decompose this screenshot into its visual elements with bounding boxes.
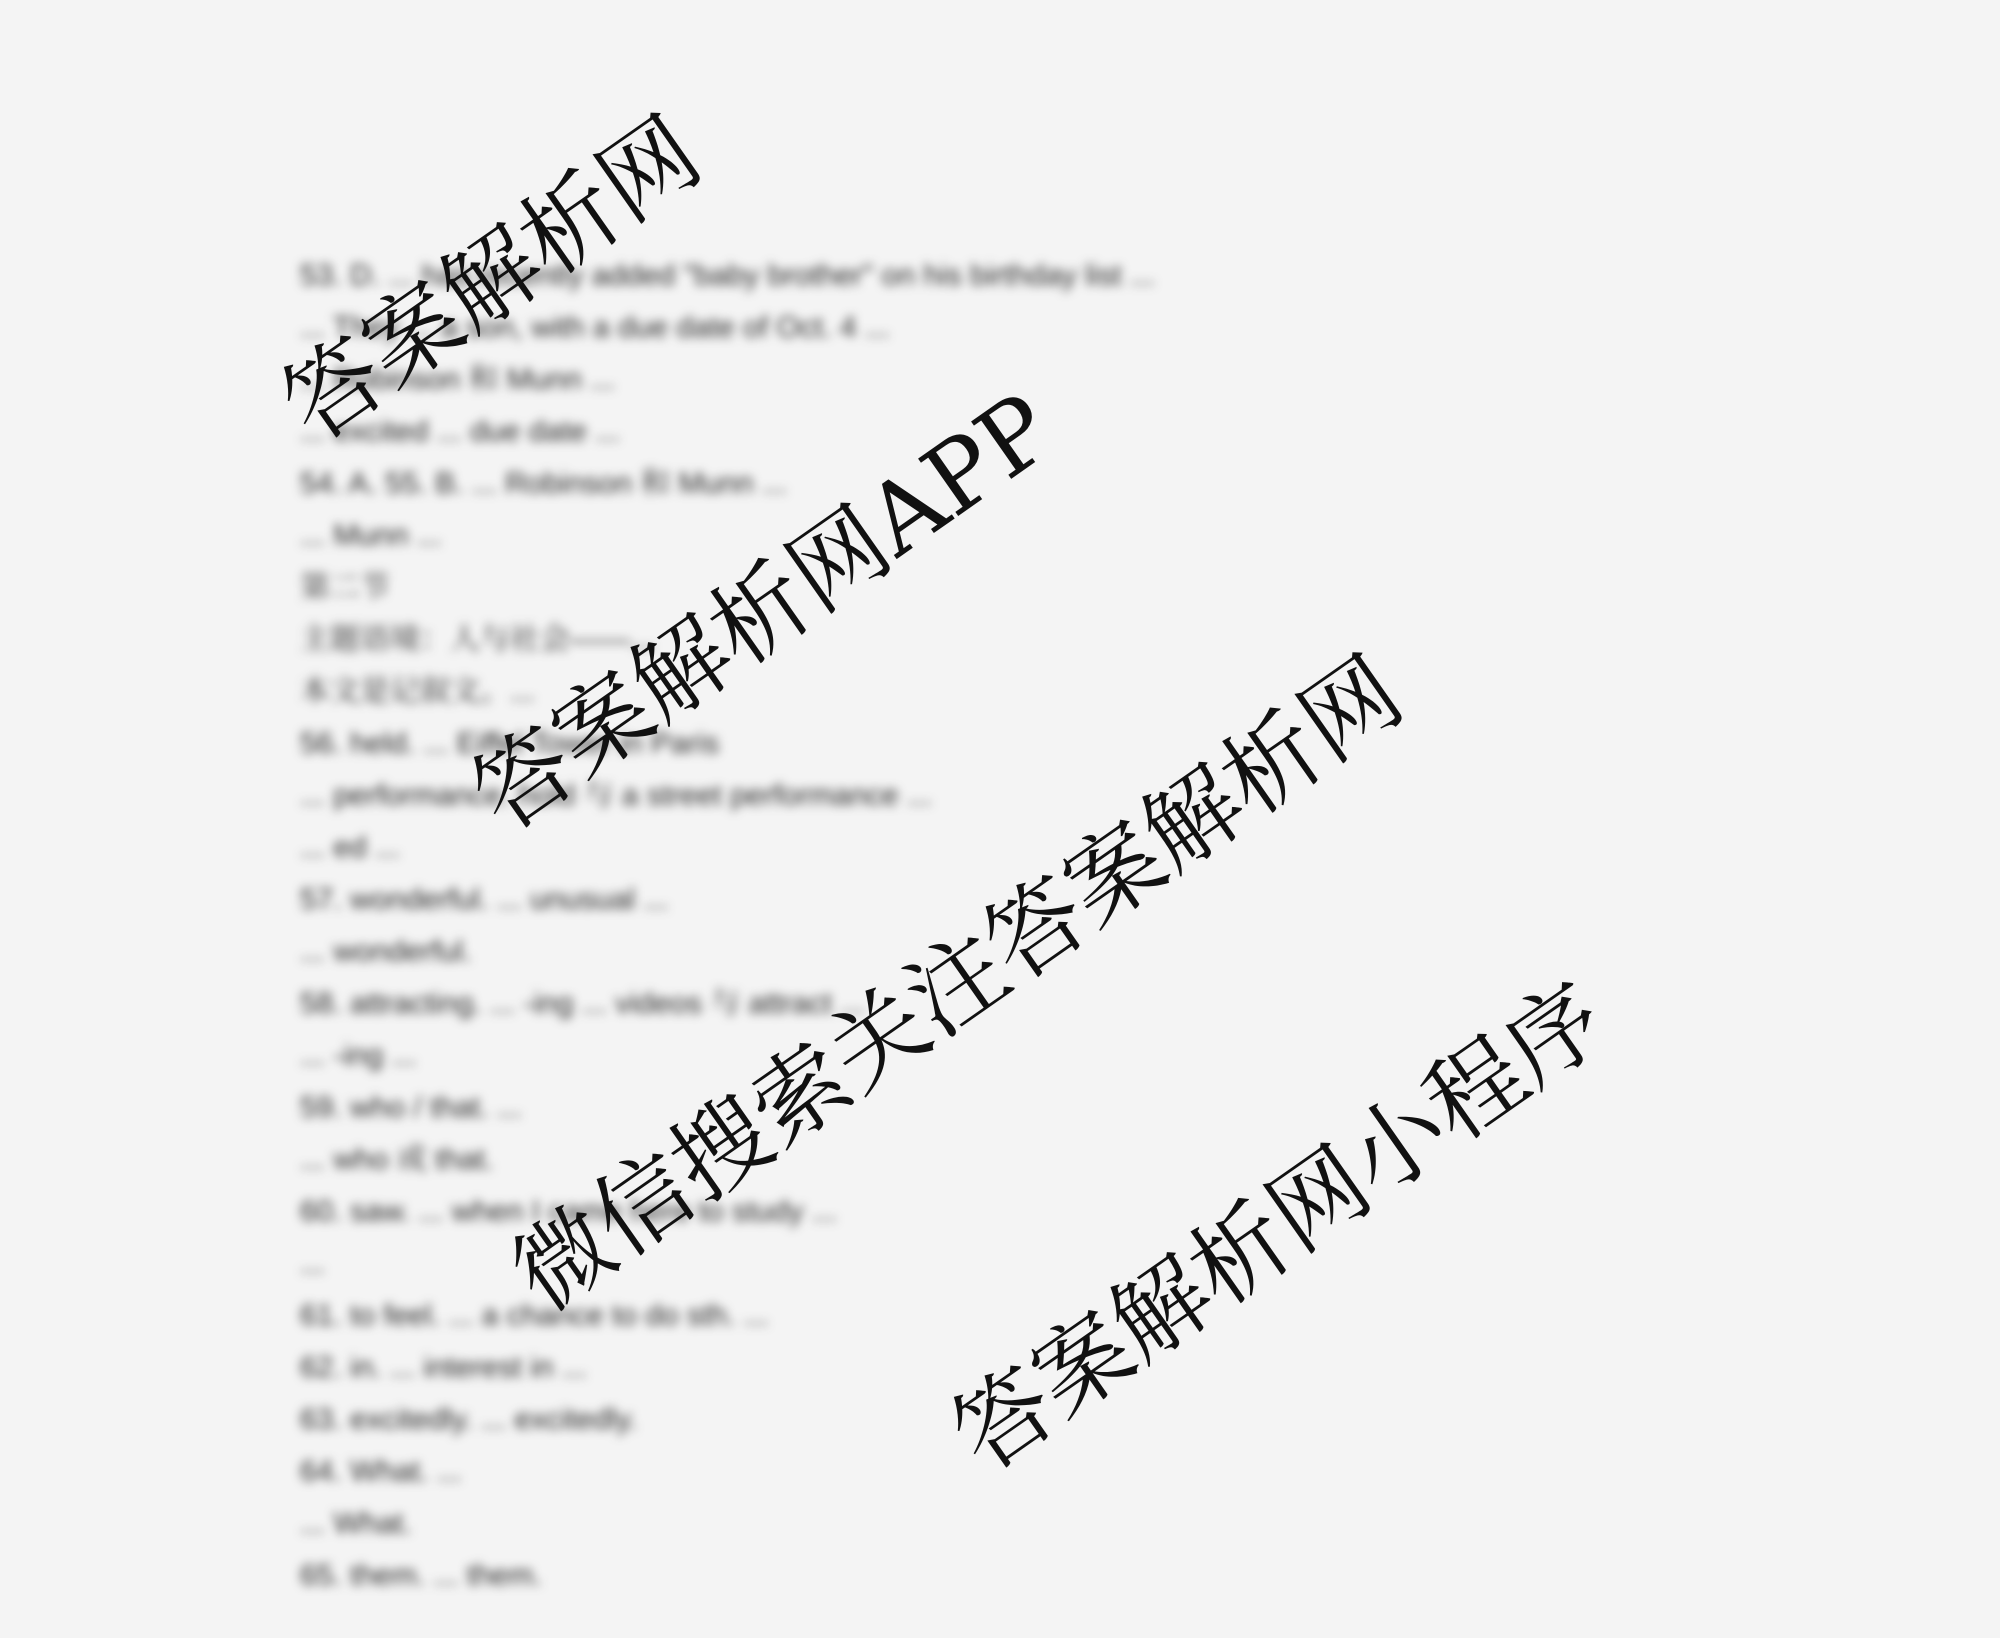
text-line: 65. them. ... them. [300,1550,1700,1602]
text-line: 主题语境：人与社会——... [300,614,1700,666]
section-heading: 第二节 [300,562,1700,614]
text-line: ... What. [300,1498,1700,1550]
